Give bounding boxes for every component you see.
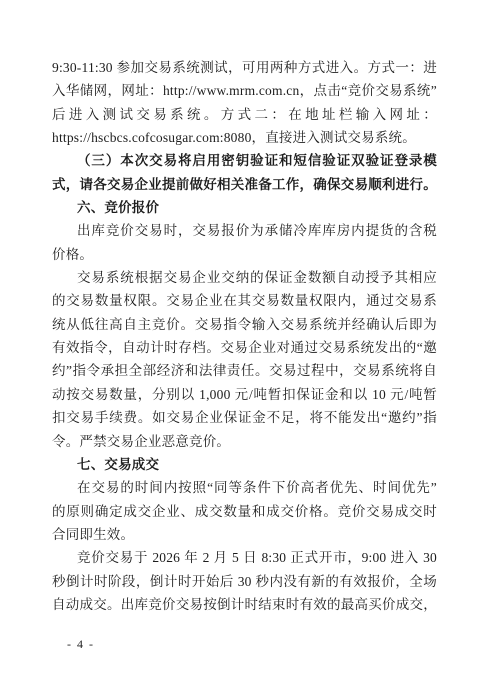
doc-line: 的原则确定成交企业、成交数量和成交价格。竞价交易成交时 — [52, 500, 437, 523]
doc-line: 9:30-11:30 参加交易系统测试，可用两种方式进入。方式一：进 — [52, 56, 437, 79]
doc-line: 约”指令承担全部经济和法律责任。交易过程中，交易系统将自 — [52, 359, 437, 382]
doc-line: 扣交易手续费。如交易企业保证金不足，将不能发出“邀约”指 — [52, 406, 437, 429]
page-number: - 4 - — [52, 637, 437, 652]
document-page: 9:30-11:30 参加交易系统测试，可用两种方式进入。方式一：进 入华储网，… — [0, 0, 494, 700]
section-heading: 七、交易成交 — [52, 453, 437, 476]
doc-line: 自动成交。出库竞价交易按倒计时结束时有效的最高买价成交， — [52, 593, 437, 616]
doc-line: 交易系统根据交易企业交纳的保证金数额自动授予其相应 — [52, 266, 437, 289]
document-body: 9:30-11:30 参加交易系统测试，可用两种方式进入。方式一：进 入华储网，… — [52, 56, 437, 616]
doc-line: 竞价交易于 2026 年 2 月 5 日 8:30 正式开市，9:00 进入 3… — [52, 546, 437, 569]
doc-line: 的交易数量权限。交易企业在其交易数量权限内，通过交易系 — [52, 289, 437, 312]
doc-line: 后进入测试交易系统。方式二：在地址栏输入网址： — [52, 103, 437, 126]
doc-line: 统从低往高自主竞价。交易指令输入交易系统并经确认后即为 — [52, 313, 437, 336]
doc-line: 合同即生效。 — [52, 523, 437, 546]
doc-line: 有效指令，自动计时存档。交易企业对通过交易系统发出的“邀 — [52, 336, 437, 359]
section-heading: 六、竞价报价 — [52, 196, 437, 219]
doc-line: 入华储网，网址：http://www.mrm.com.cn，点击“竞价交易系统” — [52, 79, 437, 102]
doc-line: 在交易的时间内按照“同等条件下价高者优先、时间优先” — [52, 476, 437, 499]
doc-line: https://hscbcs.cofcosugar.com:8080，直接进入测… — [52, 126, 437, 149]
doc-line: 动按交易数量，分别以 1,000 元/吨暂扣保证金和以 10 元/吨暂 — [52, 383, 437, 406]
doc-line: 出库竞价交易时，交易报价为承储冷库库房内提货的含税 — [52, 219, 437, 242]
doc-line: （三）本次交易将启用密钥验证和短信验证双验证登录模 — [52, 149, 437, 172]
doc-line: 式，请各交易企业提前做好相关准备工作，确保交易顺利进行。 — [52, 173, 437, 196]
doc-line: 秒倒计时阶段，倒计时开始后 30 秒内没有新的有效报价，全场 — [52, 570, 437, 593]
doc-line: 令。严禁交易企业恶意竞价。 — [52, 430, 437, 453]
doc-line: 价格。 — [52, 243, 437, 266]
